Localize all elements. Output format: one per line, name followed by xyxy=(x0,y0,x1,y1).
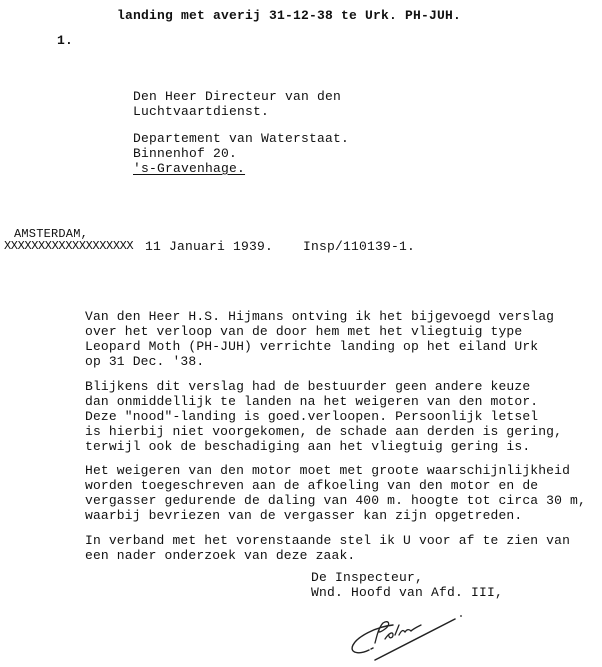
subject-line: landing met averij 31-12-38 te Urk. PH-J… xyxy=(117,8,461,23)
body-line: Leopard Moth (PH-JUH) verrichte landing … xyxy=(85,339,538,354)
body-line: vergasser gedurende de daling van 400 m.… xyxy=(85,493,586,508)
body-line: Deze "nood"-landing is goed.verloopen. P… xyxy=(85,409,538,424)
body-line: Blijkens dit verslag had de bestuurder g… xyxy=(85,379,530,394)
closing-title: De Inspecteur, xyxy=(311,570,423,585)
addressee-line: Den Heer Directeur van den xyxy=(133,89,341,104)
signature-icon xyxy=(345,605,475,663)
closing-subtitle: Wnd. Hoofd van Afd. III, xyxy=(311,585,503,600)
body-line: terwijl ook de beschadiging aan het vlie… xyxy=(85,439,530,454)
body-line: waarbij bevriezen van de vergasser kan z… xyxy=(85,508,522,523)
letter-page: landing met averij 31-12-38 te Urk. PH-J… xyxy=(0,0,602,667)
addressee-line: Luchtvaartdienst. xyxy=(133,104,269,119)
body-line: is hierbij niet voorgekomen, de schade a… xyxy=(85,424,562,439)
dateline-struck-out: XXXXXXXXXXXXXXXXXXX xyxy=(4,239,133,254)
address-city: 's-Gravenhage. xyxy=(133,161,245,176)
body-line: op 31 Dec. '38. xyxy=(85,354,204,369)
page-number: 1. xyxy=(57,33,73,48)
body-line: In verband met het vorenstaande stel ik … xyxy=(85,533,570,548)
body-line: over het verloop van de door hem met het… xyxy=(85,324,522,339)
body-line: Van den Heer H.S. Hijmans ontving ik het… xyxy=(85,309,554,324)
dateline-date: 11 Januari 1939. xyxy=(145,239,273,254)
body-line: Het weigeren van den motor moet met groo… xyxy=(85,463,570,478)
address-line: Departement van Waterstaat. xyxy=(133,131,349,146)
reference-number: Insp/110139-1. xyxy=(303,239,415,254)
address-line: Binnenhof 20. xyxy=(133,146,237,161)
body-line: dan onmiddellijk te landen na het weiger… xyxy=(85,394,538,409)
body-line: een nader onderzoek van deze zaak. xyxy=(85,548,355,563)
body-line: worden toegeschreven aan de afkoeling va… xyxy=(85,478,538,493)
